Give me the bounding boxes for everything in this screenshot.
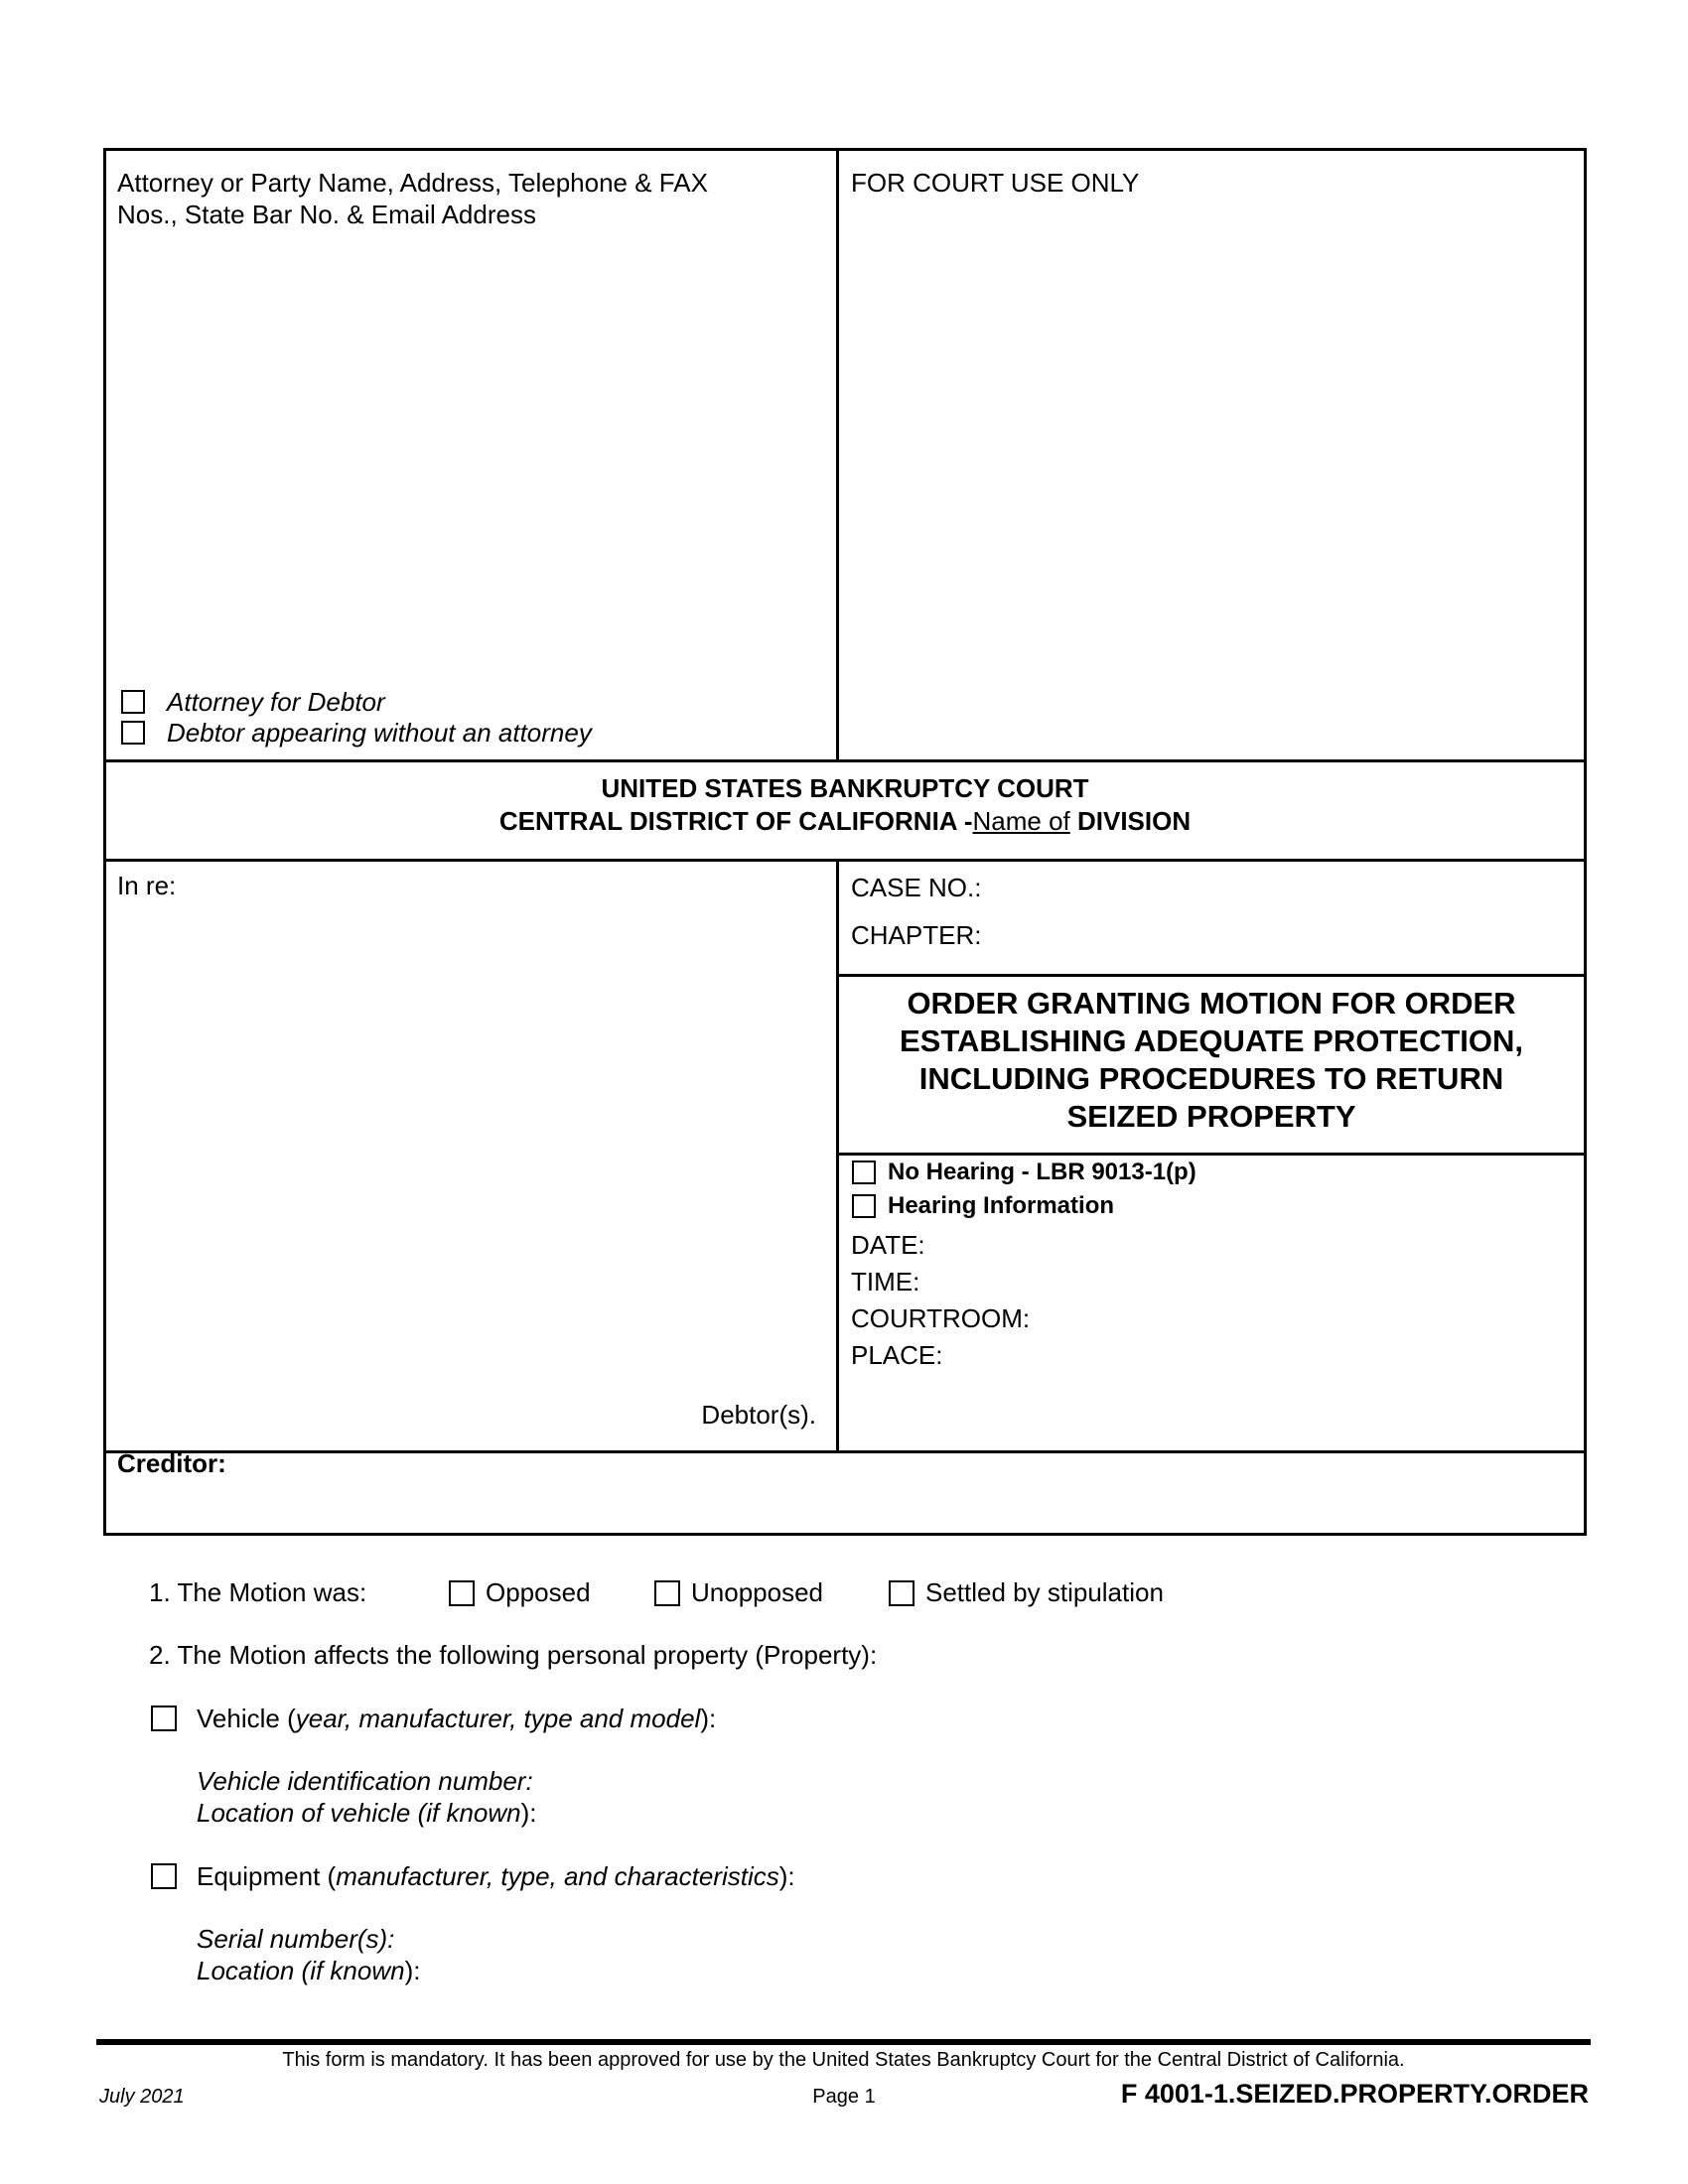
checkbox-unopposed[interactable]: [654, 1580, 680, 1606]
court-division-suffix: DIVISION: [1070, 806, 1191, 836]
opposed-label: Opposed: [486, 1576, 591, 1608]
no-hearing-label: No Hearing - LBR 9013-1(p): [888, 1158, 1196, 1187]
order-title-line1: ORDER GRANTING MOTION FOR ORDER: [839, 985, 1584, 1023]
table-bottom-border: [103, 1533, 1587, 1536]
order-title-line3: INCLUDING PROCEDURES TO RETURN: [839, 1060, 1584, 1098]
checkbox-no-hearing[interactable]: [852, 1160, 876, 1184]
divider-upper-vertical: [836, 148, 839, 762]
vehicle-label-text: Vehicle (: [197, 1704, 296, 1733]
divider-chapter: [836, 974, 1587, 977]
table-left-border: [103, 148, 106, 1536]
attorney-block-label-line2: Nos., State Bar No. & Email Address: [117, 199, 708, 230]
checkbox-attorney-for-debtor[interactable]: [121, 690, 145, 714]
hearing-information-label: Hearing Information: [888, 1191, 1114, 1221]
equipment-label-end: ):: [779, 1861, 795, 1891]
table-top-border: [103, 148, 1587, 151]
attorney-block-label-line1: Attorney or Party Name, Address, Telepho…: [117, 167, 708, 199]
form-date: July 2021: [99, 2085, 185, 2109]
checkbox-equipment[interactable]: [151, 1863, 177, 1889]
footer-rule: [96, 2039, 1591, 2045]
division-name-placeholder[interactable]: Name of: [973, 806, 1070, 836]
checkbox-vehicle[interactable]: [151, 1706, 177, 1731]
hearing-courtroom-label: COURTROOM:: [851, 1300, 1030, 1337]
form-number: F 4001-1.SEIZED.PROPERTY.ORDER: [1121, 2079, 1589, 2109]
hearing-fields: DATE: TIME: COURTROOM: PLACE:: [851, 1227, 1030, 1374]
court-use-only-label: FOR COURT USE ONLY: [851, 167, 1139, 199]
unopposed-label: Unopposed: [691, 1576, 823, 1608]
checkbox-settled-by-stipulation[interactable]: [889, 1580, 914, 1606]
attorney-block-label: Attorney or Party Name, Address, Telepho…: [117, 167, 708, 230]
vehicle-label-hint: year, manufacturer, type and model: [296, 1704, 701, 1733]
in-re-label: In re:: [117, 870, 176, 901]
item1-label: 1. The Motion was:: [149, 1576, 366, 1608]
equipment-location-a: Location (: [197, 1956, 310, 1985]
case-number-label: CASE NO.:: [851, 872, 981, 903]
equipment-location-b: if known: [310, 1956, 404, 1985]
item2-label: 2. The Motion affects the following pers…: [149, 1639, 877, 1671]
divider-creditor: [103, 1450, 1587, 1453]
equipment-label-text: Equipment (: [197, 1861, 336, 1891]
court-name-line2: CENTRAL DISTRICT OF CALIFORNIA -Name of …: [103, 805, 1587, 838]
divider-court-top: [103, 759, 1587, 762]
divider-order-title: [836, 1153, 1587, 1156]
order-title: ORDER GRANTING MOTION FOR ORDER ESTABLIS…: [839, 985, 1584, 1136]
mandatory-notice: This form is mandatory. It has been appr…: [96, 2048, 1591, 2072]
checkbox-debtor-without-attorney[interactable]: [121, 721, 145, 745]
equipment-location-label: Location (if known):: [197, 1955, 420, 1986]
vin-label: Vehicle identification number:: [197, 1765, 533, 1797]
debtor-without-attorney-label: Debtor appearing without an attorney: [167, 717, 592, 749]
equipment-location-c: ):: [405, 1956, 421, 1985]
court-name-line1: UNITED STATES BANKRUPTCY COURT: [103, 772, 1587, 805]
hearing-place-label: PLACE:: [851, 1337, 1030, 1374]
vehicle-location-b: if known: [426, 1798, 520, 1828]
vehicle-location-c: ):: [521, 1798, 537, 1828]
equipment-label: Equipment (manufacturer, type, and chara…: [197, 1860, 795, 1892]
checkbox-hearing-information[interactable]: [852, 1194, 876, 1218]
court-district: CENTRAL DISTRICT OF CALIFORNIA -: [499, 806, 973, 836]
attorney-for-debtor-label: Attorney for Debtor: [167, 686, 385, 718]
vehicle-label: Vehicle (year, manufacturer, type and mo…: [197, 1703, 716, 1734]
vehicle-label-end: ):: [700, 1704, 716, 1733]
table-right-border: [1584, 148, 1587, 1536]
chapter-label: CHAPTER:: [851, 919, 981, 951]
vehicle-location-label: Location of vehicle (if known):: [197, 1797, 537, 1829]
hearing-time-label: TIME:: [851, 1264, 1030, 1300]
order-title-line4: SEIZED PROPERTY: [839, 1098, 1584, 1136]
hearing-date-label: DATE:: [851, 1227, 1030, 1264]
checkbox-opposed[interactable]: [449, 1580, 475, 1606]
serial-number-label: Serial number(s):: [197, 1923, 394, 1955]
court-name: UNITED STATES BANKRUPTCY COURT CENTRAL D…: [103, 772, 1587, 838]
equipment-label-hint: manufacturer, type, and characteristics: [336, 1861, 779, 1891]
debtors-label: Debtor(s).: [596, 1399, 816, 1431]
creditor-label: Creditor:: [117, 1447, 226, 1479]
order-title-line2: ESTABLISHING ADEQUATE PROTECTION,: [839, 1023, 1584, 1060]
divider-lower-vertical: [836, 859, 839, 1453]
page-number: Page 1: [745, 2085, 943, 2109]
settled-label: Settled by stipulation: [925, 1576, 1164, 1608]
divider-court-bottom: [103, 859, 1587, 862]
vehicle-location-a: Location of vehicle (: [197, 1798, 426, 1828]
